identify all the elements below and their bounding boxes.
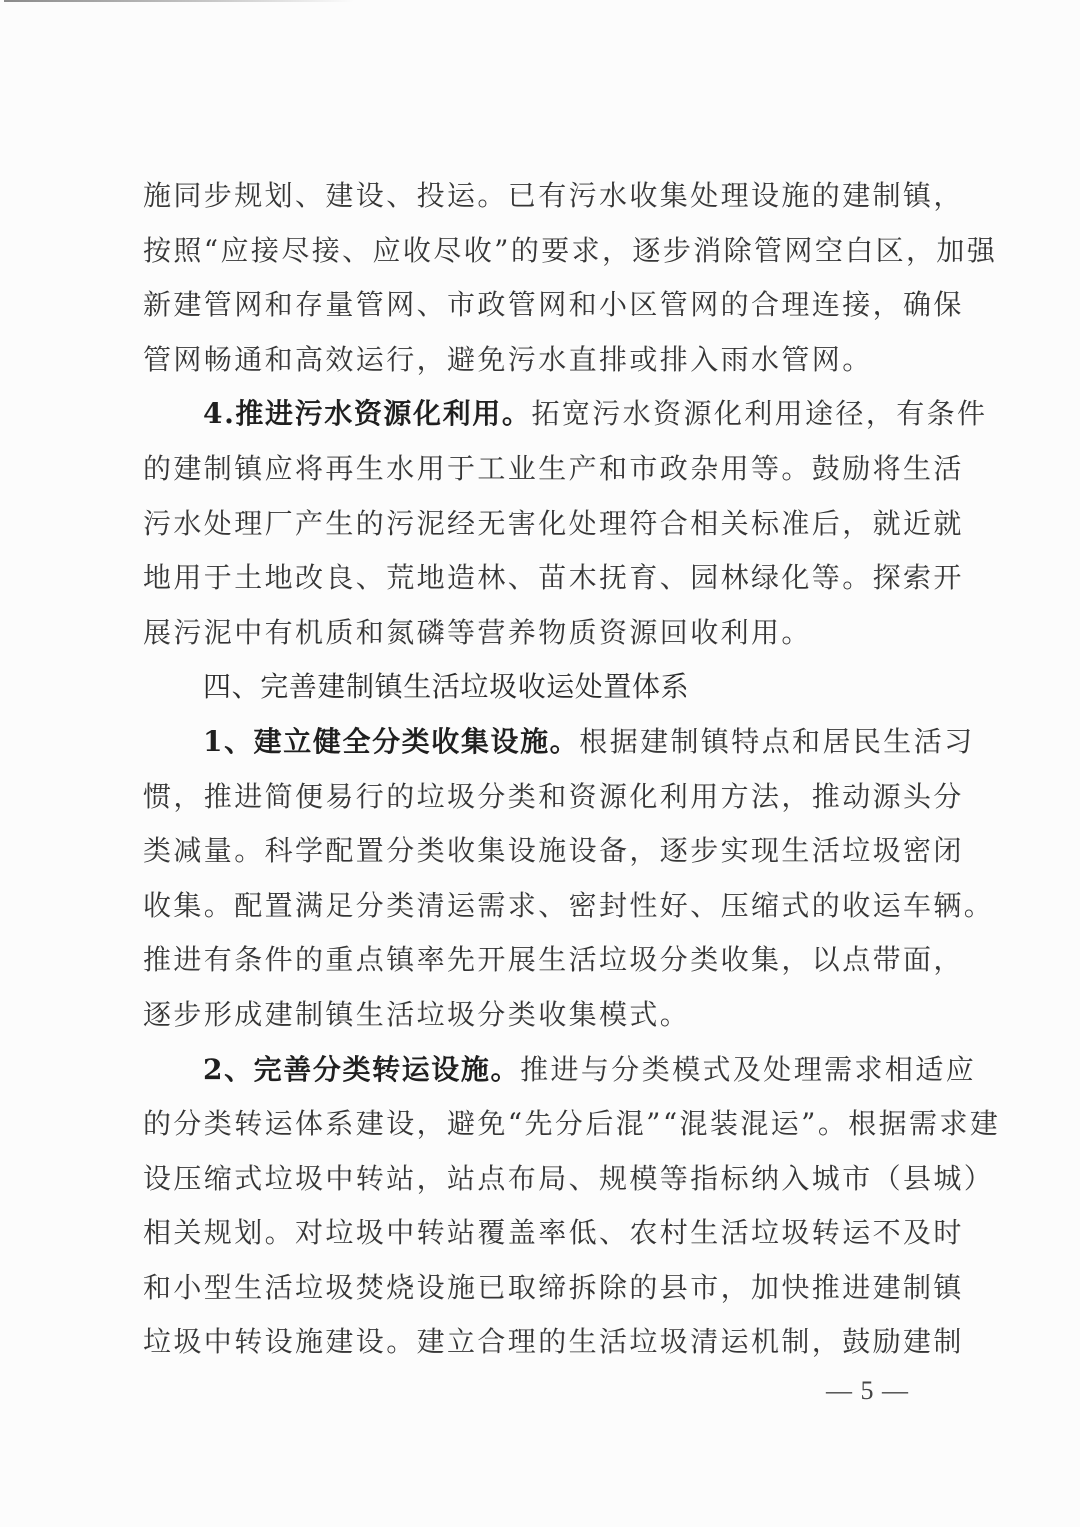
text-line: 逐步形成建制镇生活垃圾分类收集模式。 <box>143 995 940 1050</box>
subsection-title: 2、完善分类转运设施。 <box>203 1053 520 1086</box>
text-line: 和小型生活垃圾焚烧设施已取缔拆除的县市，加快推进建制镇 <box>143 1268 940 1323</box>
section-heading: 四、完善建制镇生活垃圾收运处置体系 <box>143 667 940 722</box>
text-line: 展污泥中有机质和氮磷等营养物质资源回收利用。 <box>143 613 940 668</box>
text-line: 地用于土地改良、荒地造林、苗木抚育、园林绿化等。探索开 <box>143 558 940 613</box>
document-body: 施同步规划、建设、投运。已有污水收集处理设施的建制镇， 按照“应接尽接、应收尽收… <box>143 176 940 1377</box>
text-line: 垃圾中转设施建设。建立合理的生活垃圾清运机制，鼓励建制 <box>143 1322 940 1377</box>
scan-edge-line <box>4 0 354 2</box>
text-line: 推进有条件的重点镇率先开展生活垃圾分类收集，以点带面， <box>143 940 940 995</box>
text-line: 相关规划。对垃圾中转站覆盖率低、农村生活垃圾转运不及时 <box>143 1213 940 1268</box>
text-run: 根据建制镇特点和居民生活习 <box>579 725 974 758</box>
text-line: 类减量。科学配置分类收集设施设备，逐步实现生活垃圾密闭 <box>143 831 940 886</box>
subsection-title: 4.推进污水资源化利用。 <box>203 397 531 430</box>
text-run: 推进与分类模式及处理需求相适应 <box>520 1053 976 1086</box>
text-line: 的分类转运体系建设，避免“先分后混”“混装混运”。根据需求建 <box>143 1104 940 1159</box>
paragraph-first-line: 1、建立健全分类收集设施。根据建制镇特点和居民生活习 <box>143 722 940 777</box>
text-line: 设压缩式垃圾中转站，站点布局、规模等指标纳入城市（县城） <box>143 1159 940 1214</box>
subsection-title: 1、建立健全分类收集设施。 <box>203 725 579 758</box>
page-number: — 5 — <box>826 1376 909 1406</box>
text-line: 收集。配置满足分类清运需求、密封性好、压缩式的收运车辆。 <box>143 886 940 941</box>
paragraph-first-line: 4.推进污水资源化利用。拓宽污水资源化利用途径，有条件 <box>143 394 940 449</box>
text-line: 污水处理厂产生的污泥经无害化处理符合相关标准后，就近就 <box>143 504 940 559</box>
text-line: 的建制镇应将再生水用于工业生产和市政杂用等。鼓励将生活 <box>143 449 940 504</box>
text-line: 按照“应接尽接、应收尽收”的要求，逐步消除管网空白区，加强 <box>143 231 940 286</box>
text-line: 施同步规划、建设、投运。已有污水收集处理设施的建制镇， <box>143 176 940 231</box>
text-line: 管网畅通和高效运行，避免污水直排或排入雨水管网。 <box>143 340 940 395</box>
text-run: 拓宽污水资源化利用途径，有条件 <box>531 397 987 430</box>
text-line: 新建管网和存量管网、市政管网和小区管网的合理连接，确保 <box>143 285 940 340</box>
text-line: 惯，推进简便易行的垃圾分类和资源化利用方法，推动源头分 <box>143 777 940 832</box>
paragraph-first-line: 2、完善分类转运设施。推进与分类模式及处理需求相适应 <box>143 1050 940 1105</box>
